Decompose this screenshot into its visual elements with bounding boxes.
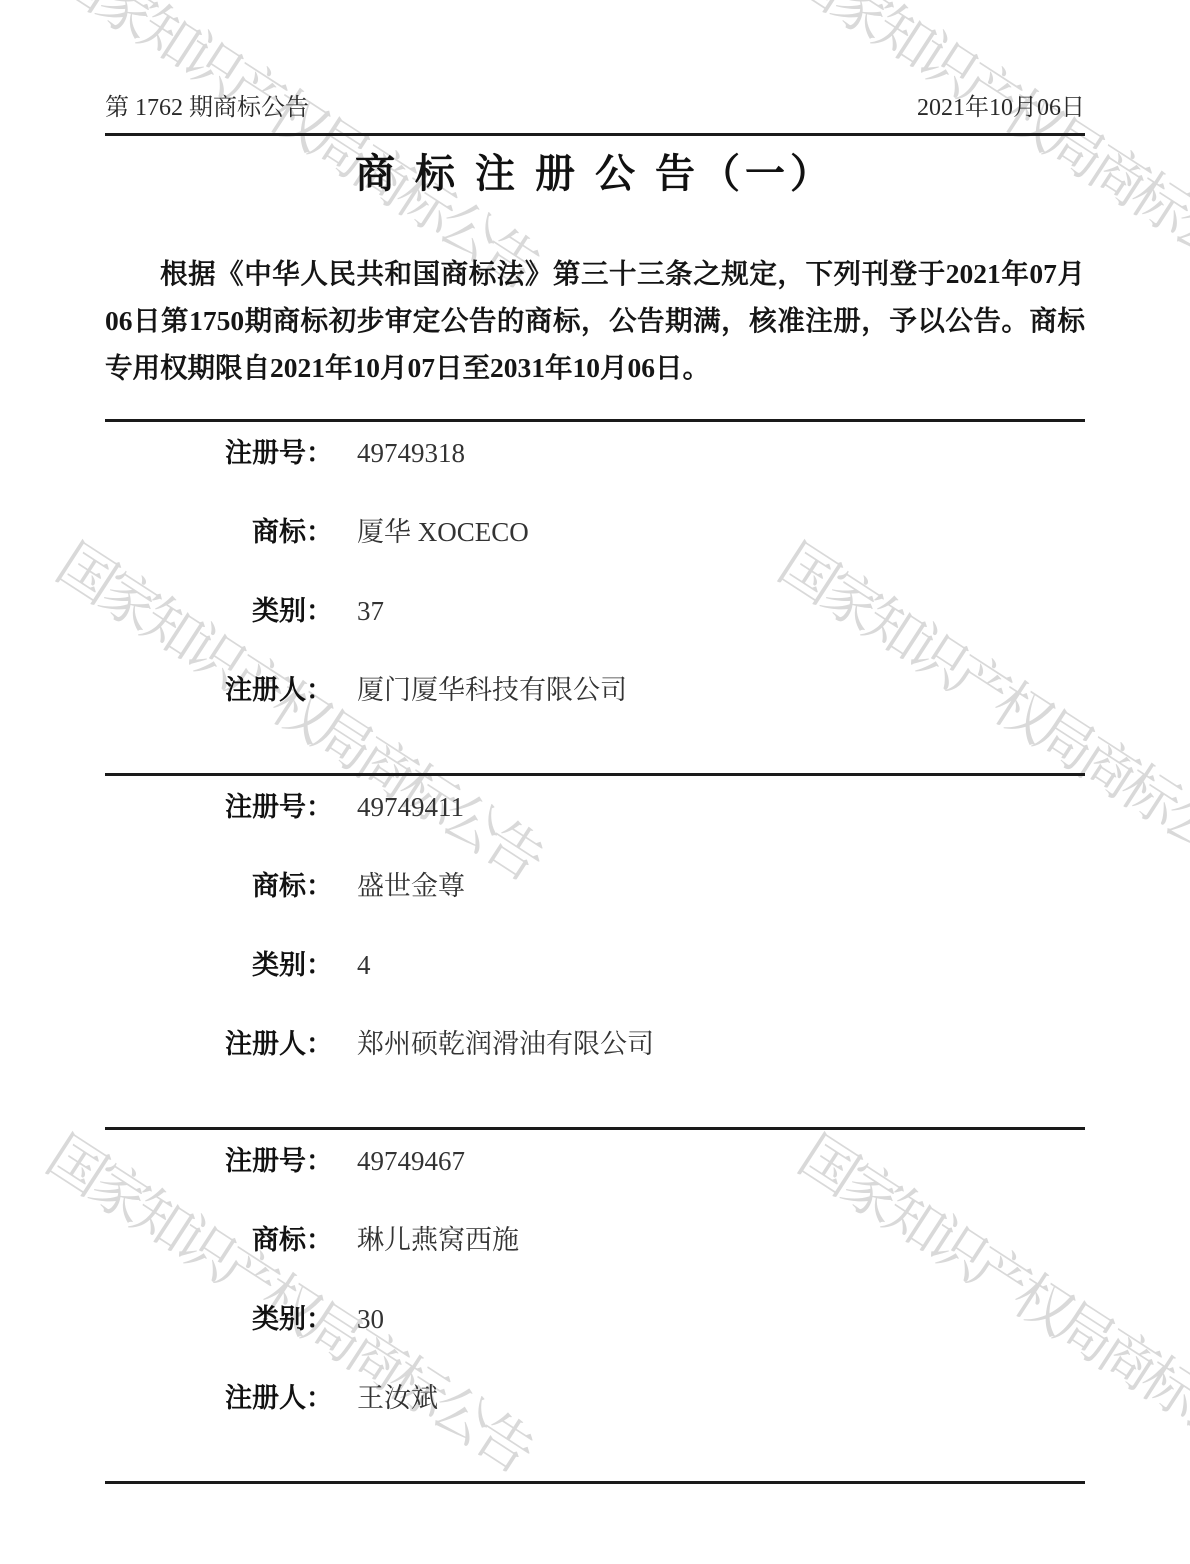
class-label: 类别：	[105, 594, 333, 628]
registrant-value: 厦门厦华科技有限公司	[357, 673, 627, 707]
record-row-regno: 注册号： 49749318	[105, 436, 1085, 470]
record-row-registrant: 注册人： 厦门厦华科技有限公司	[105, 673, 1085, 707]
regno-value: 49749411	[357, 790, 464, 824]
record-row-mark: 商标： 琳儿燕窝西施	[105, 1223, 1085, 1257]
regno-value: 49749467	[357, 1144, 465, 1178]
mark-value: 盛世金尊	[357, 869, 465, 903]
record-row-registrant: 注册人： 郑州硕乾润滑油有限公司	[105, 1027, 1085, 1061]
regno-label: 注册号：	[105, 1144, 333, 1178]
registrant-value: 王汝斌	[357, 1381, 438, 1415]
record-row-registrant: 注册人： 王汝斌	[105, 1381, 1085, 1415]
registrant-value: 郑州硕乾润滑油有限公司	[357, 1027, 654, 1061]
registrant-label: 注册人：	[105, 1381, 333, 1415]
regno-label: 注册号：	[105, 436, 333, 470]
record-row-mark: 商标： 盛世金尊	[105, 869, 1085, 903]
record-row-class: 类别： 37	[105, 594, 1085, 628]
class-value: 37	[357, 594, 384, 628]
trademark-record: 注册号： 49749411 商标： 盛世金尊 类别： 4 注册人： 郑州硕乾润滑…	[105, 776, 1085, 1127]
registrant-label: 注册人：	[105, 1027, 333, 1061]
record-row-regno: 注册号： 49749411	[105, 790, 1085, 824]
record-row-mark: 商标： 厦华 XOCECO	[105, 515, 1085, 549]
record-row-class: 类别： 30	[105, 1302, 1085, 1336]
regno-label: 注册号：	[105, 790, 333, 824]
mark-label: 商标：	[105, 869, 333, 903]
gazette-issue-label: 第 1762 期商标公告	[105, 92, 309, 124]
record-row-class: 类别： 4	[105, 948, 1085, 982]
trademark-record: 注册号： 49749467 商标： 琳儿燕窝西施 类别： 30 注册人： 王汝斌	[105, 1130, 1085, 1481]
header-rule	[105, 133, 1085, 136]
class-label: 类别：	[105, 1302, 333, 1336]
record-row-regno: 注册号： 49749467	[105, 1144, 1085, 1178]
gazette-date: 2021年10月06日	[917, 92, 1085, 124]
trademark-record: 注册号： 49749318 商标： 厦华 XOCECO 类别： 37 注册人： …	[105, 422, 1085, 773]
registrant-label: 注册人：	[105, 673, 333, 707]
bottom-rule	[105, 1481, 1085, 1484]
gazette-page: 国家知识产权局商标公告 国家知识产权局商标公告 国家知识产权局商标公告 国家知识…	[0, 0, 1190, 1564]
mark-label: 商标：	[105, 515, 333, 549]
document-header: 第 1762 期商标公告 2021年10月06日	[105, 92, 1085, 124]
mark-value: 琳儿燕窝西施	[357, 1223, 519, 1257]
regno-value: 49749318	[357, 436, 465, 470]
page-title: 商 标 注 册 公 告（一）	[105, 150, 1085, 198]
class-value: 30	[357, 1302, 384, 1336]
class-label: 类别：	[105, 948, 333, 982]
intro-paragraph: 根据《中华人民共和国商标法》第三十三条之规定，下列刊登于2021年07月06日第…	[105, 250, 1085, 391]
document-content: 第 1762 期商标公告 2021年10月06日 商 标 注 册 公 告（一） …	[105, 0, 1085, 1484]
mark-value: 厦华 XOCECO	[357, 515, 529, 549]
class-value: 4	[357, 948, 371, 982]
mark-label: 商标：	[105, 1223, 333, 1257]
